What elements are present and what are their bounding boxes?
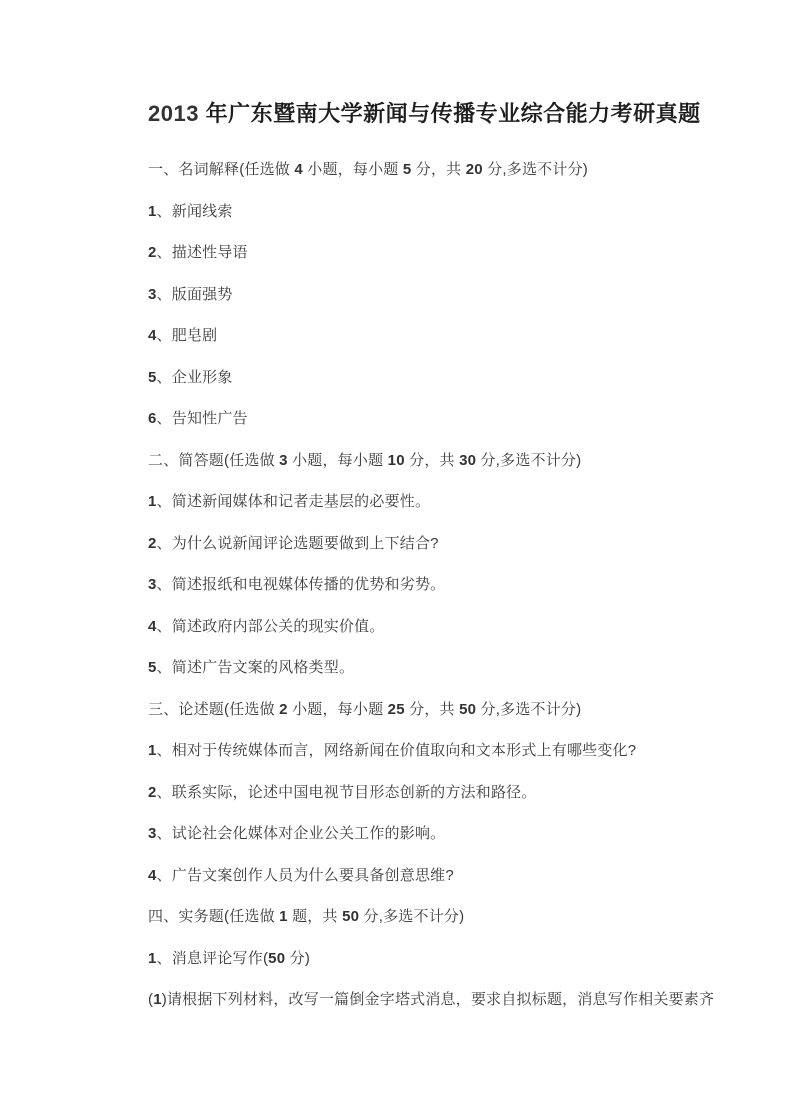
- section-1-heading: 一、名词解释(任选做 4 小题，每小题 5 分，共 20 分,多选不计分): [148, 160, 708, 180]
- document-content: 2013 年广东暨南大学新闻与传播专业综合能力考研真题 一、名词解释(任选做 4…: [148, 100, 708, 1032]
- section-3-item: 3、试论社会化媒体对企业公关工作的影响。: [148, 824, 708, 844]
- document-page: 2013 年广东暨南大学新闻与传播专业综合能力考研真题 一、名词解释(任选做 4…: [0, 0, 790, 1119]
- section-3-item: 4、广告文案创作人员为什么要具备创意思维?: [148, 866, 708, 886]
- section-2-item: 3、简述报纸和电视媒体传播的优势和劣势。: [148, 575, 708, 595]
- section-1-item: 5、企业形象: [148, 368, 708, 388]
- section-4-item: (1)请根据下列材料，改写一篇倒金字塔式消息，要求自拟标题，消息写作相关要素齐: [148, 990, 708, 1010]
- section-3-heading: 三、论述题(任选做 2 小题，每小题 25 分，共 50 分,多选不计分): [148, 700, 708, 720]
- section-2-item: 5、简述广告文案的风格类型。: [148, 658, 708, 678]
- section-3-item: 2、联系实际，论述中国电视节目形态创新的方法和路径。: [148, 783, 708, 803]
- section-4-item: 1、消息评论写作(50 分): [148, 949, 708, 969]
- section-2-item: 2、为什么说新闻评论选题要做到上下结合?: [148, 534, 708, 554]
- section-1-item: 1、新闻线索: [148, 202, 708, 222]
- section-1-item: 4、肥皂剧: [148, 326, 708, 346]
- section-1-item: 2、描述性导语: [148, 243, 708, 263]
- section-2-heading: 二、简答题(任选做 3 小题，每小题 10 分，共 30 分,多选不计分): [148, 451, 708, 471]
- document-title: 2013 年广东暨南大学新闻与传播专业综合能力考研真题: [148, 100, 708, 127]
- section-1-item: 3、版面强势: [148, 285, 708, 305]
- section-1-item: 6、告知性广告: [148, 409, 708, 429]
- section-2-item: 4、简述政府内部公关的现实价值。: [148, 617, 708, 637]
- section-4-heading: 四、实务题(任选做 1 题，共 50 分,多选不计分): [148, 907, 708, 927]
- section-3-item: 1、相对于传统媒体而言，网络新闻在价值取向和文本形式上有哪些变化?: [148, 741, 708, 761]
- section-2-item: 1、简述新闻媒体和记者走基层的必要性。: [148, 492, 708, 512]
